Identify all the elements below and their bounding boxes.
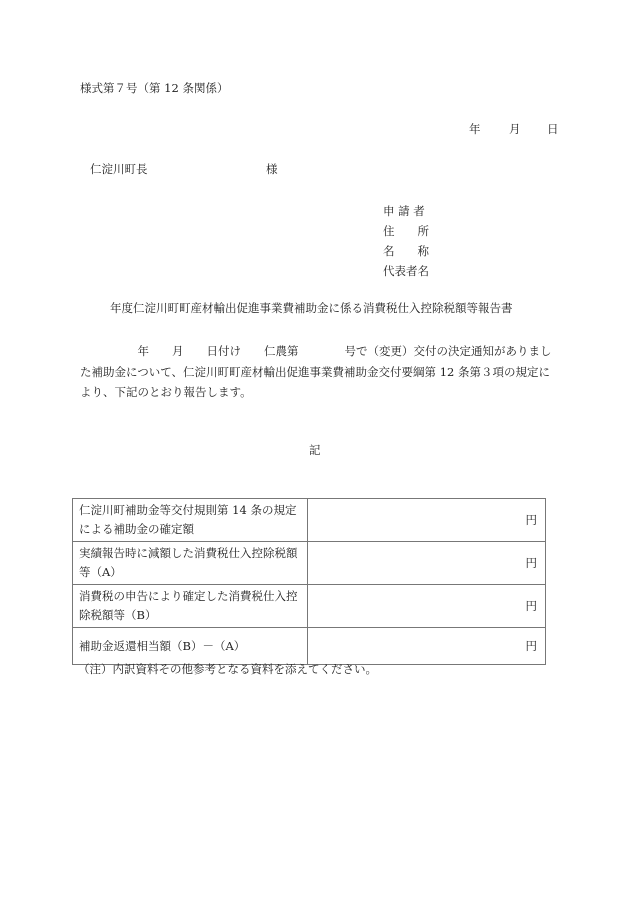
amount-cell[interactable]: 円 bbox=[308, 499, 546, 542]
row-label: 実績報告時に減額した消費税仕入控除税額等（A） bbox=[73, 542, 308, 585]
amount-cell[interactable]: 円 bbox=[308, 628, 546, 665]
yen-unit: 円 bbox=[526, 513, 538, 527]
table-row: 消費税の申告により確定した消費税仕入控除税額等（B） 円 bbox=[73, 585, 546, 628]
row-label: 仁淀川町補助金等交付規則第 14 条の規定による補助金の確定額 bbox=[73, 499, 308, 542]
applicant-label: 申 請 者 bbox=[383, 201, 429, 221]
addressee-honorific: 様 bbox=[266, 161, 278, 177]
yen-unit: 円 bbox=[526, 599, 538, 613]
amount-cell[interactable]: 円 bbox=[308, 542, 546, 585]
date-year-label: 年 bbox=[469, 121, 509, 137]
yen-unit: 円 bbox=[526, 556, 538, 570]
body-line-1: 年 月 日付け 仁農第 号で（変更）交付の決定通知がありまし bbox=[80, 341, 552, 362]
form-number: 様式第７号（第 12 条関係） bbox=[80, 80, 228, 96]
table-row: 実績報告時に減額した消費税仕入控除税額等（A） 円 bbox=[73, 542, 546, 585]
date-line: 年月日 bbox=[469, 121, 559, 137]
date-day-label: 日 bbox=[547, 121, 559, 137]
body-line-2: た補助金について、仁淀川町町産材輸出促進事業費補助金交付要綱第 12 条第３項の… bbox=[80, 362, 552, 383]
row-label: 補助金返還相当額（B）－（A） bbox=[73, 628, 308, 665]
table-row: 仁淀川町補助金等交付規則第 14 条の規定による補助金の確定額 円 bbox=[73, 499, 546, 542]
body-line-3: より、下記のとおり報告します。 bbox=[80, 382, 552, 403]
table-row: 補助金返還相当額（B）－（A） 円 bbox=[73, 628, 546, 665]
addressee-name: 仁淀川町長 bbox=[90, 161, 148, 177]
body-paragraph: 年 月 日付け 仁農第 号で（変更）交付の決定通知がありまし た補助金について、… bbox=[80, 341, 552, 403]
name-label: 名 称 bbox=[383, 241, 429, 261]
document-title: 年度仁淀川町町産材輸出促進事業費補助金に係る消費税仕入控除税額等報告書 bbox=[110, 300, 513, 316]
note-text: （注）内訳資料その他参考となる資料を添えてください。 bbox=[78, 661, 377, 677]
address-label: 住 所 bbox=[383, 221, 429, 241]
report-table: 仁淀川町補助金等交付規則第 14 条の規定による補助金の確定額 円 実績報告時に… bbox=[72, 498, 546, 665]
yen-unit: 円 bbox=[526, 639, 538, 653]
representative-label: 代表者名 bbox=[383, 261, 429, 281]
applicant-block: 申 請 者 住 所 名 称 代表者名 bbox=[383, 201, 429, 281]
date-month-label: 月 bbox=[509, 121, 547, 137]
row-label: 消費税の申告により確定した消費税仕入控除税額等（B） bbox=[73, 585, 308, 628]
amount-cell[interactable]: 円 bbox=[308, 585, 546, 628]
ki-heading: 記 bbox=[309, 442, 321, 458]
